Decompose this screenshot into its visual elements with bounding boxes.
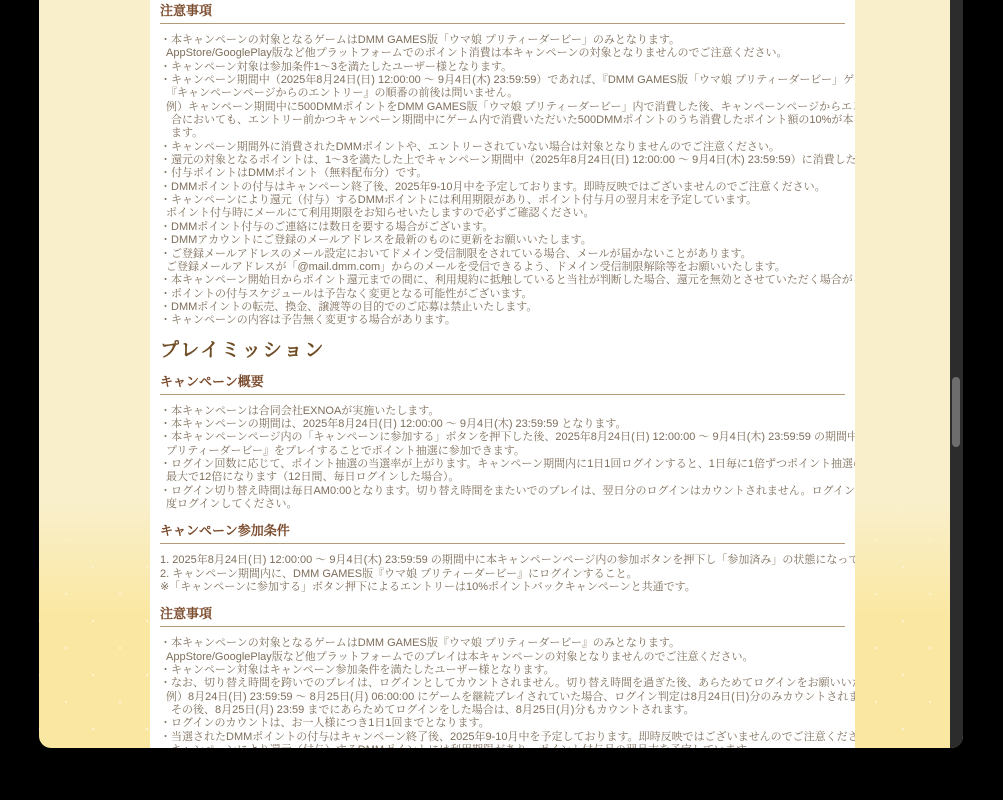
text-line: ・本キャンペーンの対象となるゲームはDMM GAMES版「ウマ娘 プリティーダー… (160, 34, 845, 47)
text-line: AppStore/GooglePlay版など他プラットフォームでのポイント消費は… (160, 47, 845, 60)
text-line: ・本キャンペーンの対象となるゲームはDMM GAMES版『ウマ娘 プリティーダー… (160, 637, 845, 650)
text-line: ます。 (160, 127, 845, 140)
text-line: ポイント付与時にメールにて利用期限をお知らせいたしますので必ずご確認ください。 (160, 207, 845, 220)
section-heading-sub: キャンペーン参加条件 (160, 523, 845, 538)
text-line: 例）8月24日(日) 23:59:59 ～ 8月25日(月) 06:00:00 … (160, 691, 845, 704)
text-line: ・DMMポイントの転売、換金、譲渡等の目的でのご応募は禁止いたします。 (160, 301, 845, 314)
heading-divider (160, 626, 845, 627)
heading-divider (160, 394, 845, 395)
section-heading-sub: キャンペーン概要 (160, 374, 845, 389)
content-card: 注意事項・本キャンペーンの対象となるゲームはDMM GAMES版「ウマ娘 プリテ… (150, 0, 855, 748)
text-line: ・還元の対象となるポイントは、1～3を満たした上でキャンペーン期間中（2025年… (160, 154, 845, 167)
section-heading-main: プレイミッション (160, 340, 845, 362)
text-line: 1. 2025年8月24日(日) 12:00:00 ～ 9月4日(木) 23:5… (160, 554, 845, 567)
text-line: ・なお、切り替え時間を跨いでのプレイは、ログインとしてカウントされません。切り替… (160, 677, 845, 690)
text-line: プリティーダービー』をプレイすることでポイント抽選に参加できます。 (160, 445, 845, 458)
text-line: ・当選されたDMMポイントの付与はキャンペーン終了後、2025年9-10月中を予… (160, 731, 845, 744)
text-line: 合においても、エントリー前かつキャンペーン期間中にゲーム内で消費いただいた500… (160, 114, 845, 127)
text-line: ・キャンペーン対象は参加条件1～3を満たしたユーザー様となります。 (160, 61, 845, 74)
text-line: 『キャンペーンページからのエントリー』の順番の前後は問いません。 (160, 87, 845, 100)
text-line: ・キャンペーンにより還元（付与）するDMMポイントには利用期限があり、ポイント付… (160, 744, 845, 748)
text-line: ・キャンペーンの内容は予告無く変更する場合があります。 (160, 314, 845, 327)
text-line: ・ポイントの付与スケジュールは予告なく変更となる可能性がございます。 (160, 288, 845, 301)
text-line: ※「キャンペーンに参加する」ボタン押下によるエントリーは10%ポイントバックキャ… (160, 581, 845, 594)
text-line: ・ログイン回数に応じて、ポイント抽選の当選率が上がります。キャンペーン期間内に1… (160, 458, 845, 471)
text-line: 2. キャンペーン期間内に、DMM GAMES版『ウマ娘 プリティーダービー』に… (160, 568, 845, 581)
section-heading-sub: 注意事項 (160, 3, 845, 18)
text-line: 最大で12倍になります（12日間、毎日ログインした場合）。 (160, 471, 845, 484)
notes-list: ・本キャンペーンは合同会社EXNOAが実施いたします。・本キャンペーンの期間は、… (160, 405, 845, 512)
browser-viewport: 注意事項・本キャンペーンの対象となるゲームはDMM GAMES版「ウマ娘 プリテ… (39, 0, 963, 748)
text-line: ・DMMポイントの付与はキャンペーン終了後、2025年9-10月中を予定しており… (160, 181, 845, 194)
text-line: ご登録メールアドレスが「@mail.dmm.com」からのメールを受信できるよう… (160, 261, 845, 274)
scrollbar-track[interactable] (950, 0, 963, 748)
heading-divider (160, 23, 845, 24)
text-line: ・ログイン切り替え時間は毎日AM0:00となります。切り替え時間をまたいでのプレ… (160, 485, 845, 498)
scrollbar-thumb[interactable] (952, 377, 960, 447)
section-heading-sub: 注意事項 (160, 606, 845, 621)
campaign-terms-content: 注意事項・本キャンペーンの対象となるゲームはDMM GAMES版「ウマ娘 プリテ… (160, 3, 845, 748)
text-line: ・キャンペーンにより還元（付与）するDMMポイントには利用期限があり、ポイント付… (160, 194, 845, 207)
heading-divider (160, 543, 845, 544)
text-line: ・本キャンペーンページ内の「キャンペーンに参加する」ボタンを押下した後、2025… (160, 431, 845, 444)
text-line: ・本キャンペーン開始日からポイント還元までの間に、利用規約に抵触していると当社が… (160, 274, 845, 287)
text-line: ・キャンペーン期間外に消費されたDMMポイントや、エントリーされていない場合は対… (160, 141, 845, 154)
text-line: ・ご登録メールアドレスのメール設定においてドメイン受信制限をされている場合、メー… (160, 248, 845, 261)
text-line: ・キャンペーン期間中（2025年8月24日(日) 12:00:00 ～ 9月4日… (160, 74, 845, 87)
text-line: ・キャンペーン対象はキャンペーン参加条件を満たしたユーザー様となります。 (160, 664, 845, 677)
text-line: ・付与ポイントはDMMポイント（無料配布分）です。 (160, 167, 845, 180)
text-line: 度ログインしてください。 (160, 498, 845, 511)
text-line: ・DMMポイント付与のご連絡には数日を要する場合がございます。 (160, 221, 845, 234)
text-line: その後、8月25日(月) 23:59 までにあらためてログインをした場合は、8月… (160, 704, 845, 717)
notes-list: 1. 2025年8月24日(日) 12:00:00 ～ 9月4日(木) 23:5… (160, 554, 845, 594)
text-line: ・本キャンペーンは合同会社EXNOAが実施いたします。 (160, 405, 845, 418)
text-line: AppStore/GooglePlay版など他プラットフォームでのプレイは本キャ… (160, 651, 845, 664)
notes-list: ・本キャンペーンの対象となるゲームはDMM GAMES版『ウマ娘 プリティーダー… (160, 637, 845, 748)
notes-list: ・本キャンペーンの対象となるゲームはDMM GAMES版「ウマ娘 プリティーダー… (160, 34, 845, 328)
text-line: 例）キャンペーン期間中に500DMMポイントをDMM GAMES版「ウマ娘 プリ… (160, 101, 845, 114)
text-line: ・DMMアカウントにご登録のメールアドレスを最新のものに更新をお願いいたします。 (160, 234, 845, 247)
text-line: ・ログインのカウントは、お一人様につき1日1回までとなります。 (160, 717, 845, 730)
text-line: ・本キャンペーンの期間は、2025年8月24日(日) 12:00:00 ～ 9月… (160, 418, 845, 431)
